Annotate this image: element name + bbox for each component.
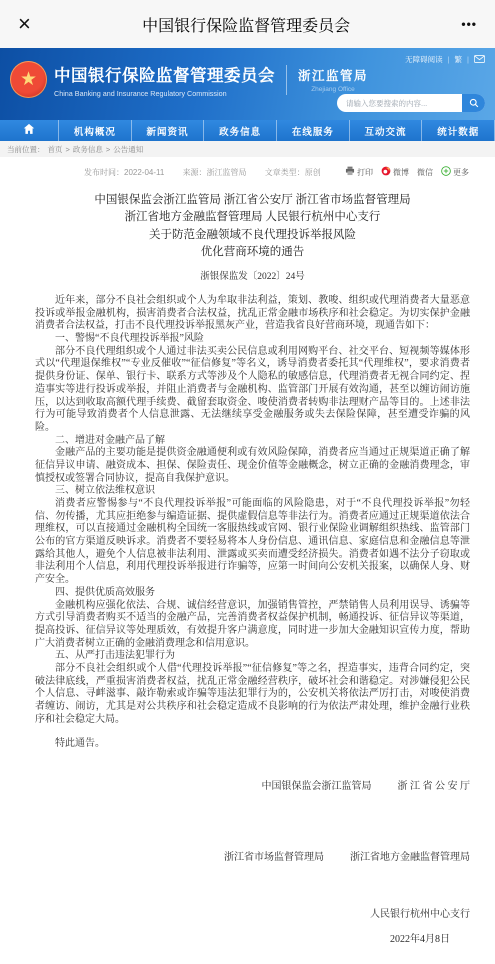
signature-org: 中国银保监会浙江监管局 [262,781,372,792]
breadcrumb-home[interactable]: 首页 [48,144,63,155]
nav-item-online-services[interactable]: 在线服务 [277,120,350,141]
accessibility-link[interactable]: 无障碍阅读 [405,54,443,65]
search-bar [337,94,485,112]
branch-name-en: Zhejiang Office [298,86,368,93]
doc-paragraph: 部分不良代理组织或个人通过非法买卖公民信息或利用网购平台、社交平台、短视频等媒体… [35,346,470,435]
nav-item-gov-info[interactable]: 政务信息 [204,120,277,141]
document-title-line: 关于防范金融领域不良代理投诉举报风险 [35,227,470,244]
doc-paragraph: 金融产品的主要功能是提供资金融通便利或有效风险保障，消费者应当通过正规渠道正确了… [35,447,470,485]
org-name-en: China Banking and Insurance Regulatory C… [54,89,275,98]
signature-date: 2022年4月8日 [370,930,470,945]
signature-row-2: 浙江省市场监督管理局浙江省地方金融监督管理局 [35,848,470,863]
divider [286,65,287,95]
divider: | [467,55,469,64]
doc-section-heading: 五、从严打击违法犯罪行为 [35,650,470,663]
nav-item-interaction[interactable]: 互动交流 [350,120,423,141]
branch-name-cn: 浙江监管局 [298,66,368,84]
doc-section-heading: 三、树立依法维权意识 [35,485,470,498]
doc-section-heading: 二、增进对金融产品了解 [35,435,470,448]
breadcrumb-current: 公告通知 [113,144,143,155]
doc-section-heading: 一、警惕“不良代理投诉举报”风险 [35,333,470,346]
site-brand: ★ 中国银行保险监督管理委员会 China Banking and Insura… [10,61,368,98]
notice-document: 中国银保监会浙江监管局 浙江省公安厅 浙江省市场监督管理局 浙江省地方金融监督管… [0,178,495,947]
weibo-icon [381,166,391,178]
breadcrumb: 当前位置： 首页 > 政务信息 > 公告通知 [0,141,495,157]
print-button[interactable]: 打印 [345,166,373,178]
signature-org: 人民银行杭州中心支行 [370,905,470,920]
breadcrumb-gov-info[interactable]: 政务信息 [73,144,103,155]
breadcrumb-separator: > [106,145,110,154]
nav-home[interactable] [0,120,59,141]
signature-org: 浙江省地方金融监督管理局 [350,852,470,863]
page-title: 中国银行保险监督管理委员会 [31,13,462,36]
share-wechat-button[interactable]: 微信 [417,167,433,178]
breadcrumb-separator: > [66,145,70,154]
document-title-line: 优化营商环境的通告 [35,244,470,261]
home-icon [23,123,35,138]
doc-paragraph: 近年来，部分不良社会组织或个人为牟取非法利益，策划、教唆、组织或代理消费者大量恶… [35,295,470,333]
org-name-cn: 中国银行保险监督管理委员会 [54,62,275,86]
nav-item-orgs[interactable]: 机构概况 [59,120,132,141]
nav-item-news[interactable]: 新闻资讯 [132,120,205,141]
share-weibo-button[interactable]: 微博 [381,166,409,178]
signature-block: 人民银行杭州中心支行 2022年4月8日 [35,905,470,947]
search-icon [469,96,479,111]
doc-paragraph: 消费者应警惕参与“不良代理投诉举报”可能面临的风险隐患，对于“不良代理投诉举报”… [35,498,470,587]
article-type: 文章类型：原创 [265,168,321,177]
printer-icon [345,166,355,178]
document-body: 近年来，部分不良社会组织或个人为牟取非法利益，策划、教唆、组织或代理消费者大量恶… [35,295,470,751]
publish-time: 发布时间：2022-04-11 [84,168,164,177]
breadcrumb-prefix: 当前位置： [7,144,45,155]
doc-paragraph: 部分不良社会组织或个人借“代理投诉举报”“征信修复”等之名，捏造事实，违背合同约… [35,663,470,726]
document-title-line: 浙江省地方金融监督管理局 人民银行杭州中心支行 [35,209,470,226]
more-menu-icon[interactable]: ••• [461,17,477,31]
national-emblem-logo: ★ [10,61,47,98]
divider: | [448,55,450,64]
share-more-button[interactable]: 更多 [441,166,469,178]
doc-section-heading: 四、提供优质高效服务 [35,587,470,600]
banner-utility-links: 无障碍阅读 | 繁 | [405,54,485,65]
document-title: 中国银保监会浙江监管局 浙江省公安厅 浙江省市场监督管理局 浙江省地方金融监督管… [35,192,470,261]
signature-org: 浙江省市场监督管理局 [224,852,324,863]
document-title-line: 中国银保监会浙江监管局 浙江省公安厅 浙江省市场监督管理局 [35,192,470,209]
article-meta: 发布时间：2022-04-11 来源：浙江监管局 文章类型：原创 打印 微博 微… [0,157,495,178]
search-input[interactable] [337,99,462,108]
emblem-star-icon: ★ [20,70,37,89]
traditional-chinese-toggle[interactable]: 繁 [455,54,463,65]
plus-circle-icon [441,166,451,178]
search-button[interactable] [462,94,485,112]
close-icon[interactable]: × [18,13,31,35]
screen: × 中国银行保险监督管理委员会 ••• 无障碍阅读 | 繁 | ★ 中国银行保险… [0,0,495,964]
site-banner: 无障碍阅读 | 繁 | ★ 中国银行保险监督管理委员会 China Bankin… [0,48,495,120]
signature-row-1: 中国银保监会浙江监管局浙 江 省 公 安 厅 [35,777,470,792]
signature-org: 浙 江 省 公 安 厅 [398,781,471,792]
article-source: 来源：浙江监管局 [183,168,247,177]
document-number: 浙银保监发〔2022〕24号 [35,268,470,282]
doc-closing: 特此通告。 [35,738,470,751]
mail-icon[interactable] [474,55,485,65]
browser-titlebar: × 中国银行保险监督管理委员会 ••• [0,0,495,48]
doc-paragraph: 金融机构应强化依法、合规、诚信经营意识，加强销售管控，严禁销售人员利用误导、诱骗… [35,600,470,651]
main-nav: 机构概况 新闻资讯 政务信息 在线服务 互动交流 统计数据 [0,120,495,141]
nav-item-statistics[interactable]: 统计数据 [422,120,495,141]
